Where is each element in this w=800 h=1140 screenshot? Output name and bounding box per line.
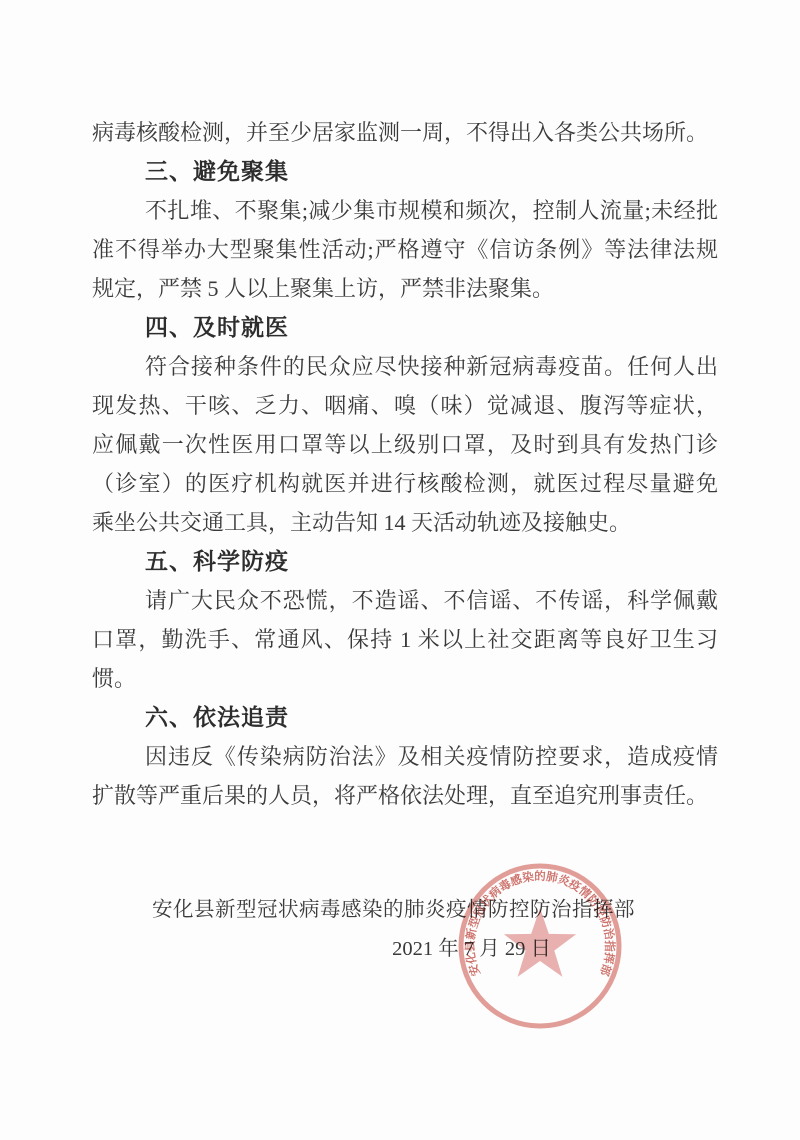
body-line: 惯。 — [92, 659, 718, 698]
document-body: 病毒核酸检测，并至少居家监测一周，不得出入各类公共场所。 三、避免聚集不扎堆、不… — [92, 113, 718, 969]
section-heading: 六、依法追责 — [92, 698, 718, 737]
sections-container: 三、避免聚集不扎堆、不聚集;减少集市规模和频次，控制人流量;未经批准不得举办大型… — [92, 152, 718, 815]
body-line: （诊室）的医疗机构就医并进行核酸检测，就医过程尽量避免 — [92, 464, 718, 503]
document-page: 病毒核酸检测，并至少居家监测一周，不得出入各类公共场所。 三、避免聚集不扎堆、不… — [0, 0, 800, 1140]
body-line: 准不得举办大型聚集性活动;严格遵守《信访条例》等法律法规 — [92, 230, 718, 269]
section-heading: 三、避免聚集 — [92, 152, 718, 191]
body-line: 病毒核酸检测，并至少居家监测一周，不得出入各类公共场所。 — [92, 113, 718, 152]
body-line: 扩散等严重后果的人员，将严格依法处理，直至追究刑事责任。 — [92, 776, 718, 815]
body-line: 因违反《传染病防治法》及相关疫情防控要求，造成疫情 — [92, 737, 718, 776]
body-line: 应佩戴一次性医用口罩等以上级别口罩，及时到具有发热门诊 — [92, 425, 718, 464]
section-heading: 四、及时就医 — [92, 308, 718, 347]
body-line: 规定，严禁 5 人以上聚集上访，严禁非法聚集。 — [92, 269, 718, 308]
section-heading: 五、科学防疫 — [92, 542, 718, 581]
body-line: 乘坐公共交通工具，主动告知 14 天活动轨迹及接触史。 — [92, 503, 718, 542]
body-line: 口罩，勤洗手、常通风、保持 1 米以上社交距离等良好卫生习 — [92, 620, 718, 659]
signature-date: 2021 年 7 月 29 日 — [92, 930, 718, 969]
body-line: 请广大民众不恐慌，不造谣、不信谣、不传谣，科学佩戴 — [92, 581, 718, 620]
body-line: 现发热、干咳、乏力、咽痛、嗅（味）觉减退、腹泻等症状， — [92, 386, 718, 425]
body-line: 符合接种条件的民众应尽快接种新冠病毒疫苗。任何人出 — [92, 347, 718, 386]
signature-org: 安化县新型冠状病毒感染的肺炎疫情防控防治指挥部 — [92, 891, 718, 930]
body-line: 不扎堆、不聚集;减少集市规模和频次，控制人流量;未经批 — [92, 191, 718, 230]
